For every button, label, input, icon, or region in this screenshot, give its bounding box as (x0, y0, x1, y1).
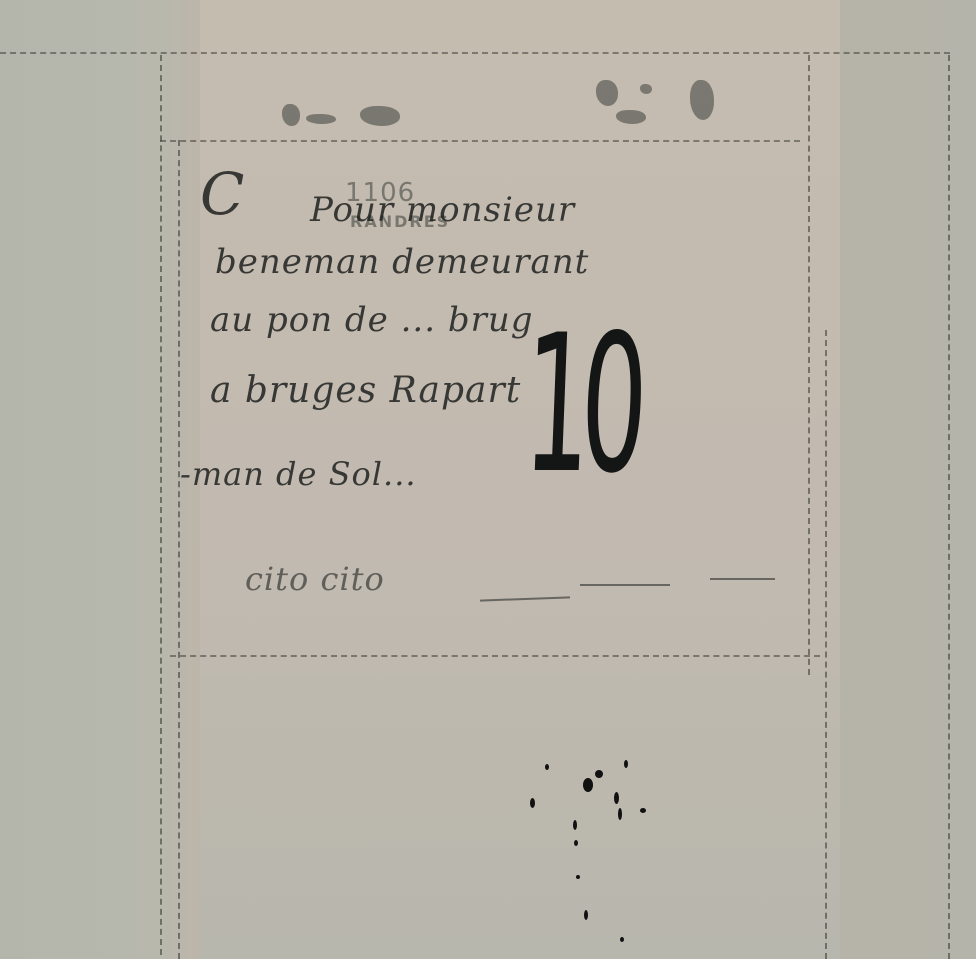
address-top-line (160, 140, 800, 142)
inner-left-line (178, 140, 180, 959)
right-edge-line (948, 55, 950, 959)
left-fold-line (160, 55, 162, 955)
address-line-1: Pour monsieur (310, 190, 575, 230)
right-fold-panel (840, 0, 976, 959)
address-line-5: -man de Sol... (180, 455, 417, 493)
address-line-2: beneman demeurant (215, 242, 589, 282)
postage-due-mark: 10 (521, 310, 641, 500)
cito-underline-3 (710, 578, 775, 580)
cito-underline-2 (580, 584, 670, 586)
address-line-6: cito cito (245, 560, 385, 598)
right-fold-line (825, 330, 827, 959)
top-fold-line (0, 52, 950, 54)
address-line-4: a bruges Rapart (210, 370, 521, 411)
left-fold-panel (0, 0, 200, 959)
inner-right-line (808, 55, 810, 675)
address-line-3: au pon de ... brug (210, 300, 534, 340)
middle-fold-line (170, 655, 820, 657)
address-initial: C (200, 160, 245, 228)
